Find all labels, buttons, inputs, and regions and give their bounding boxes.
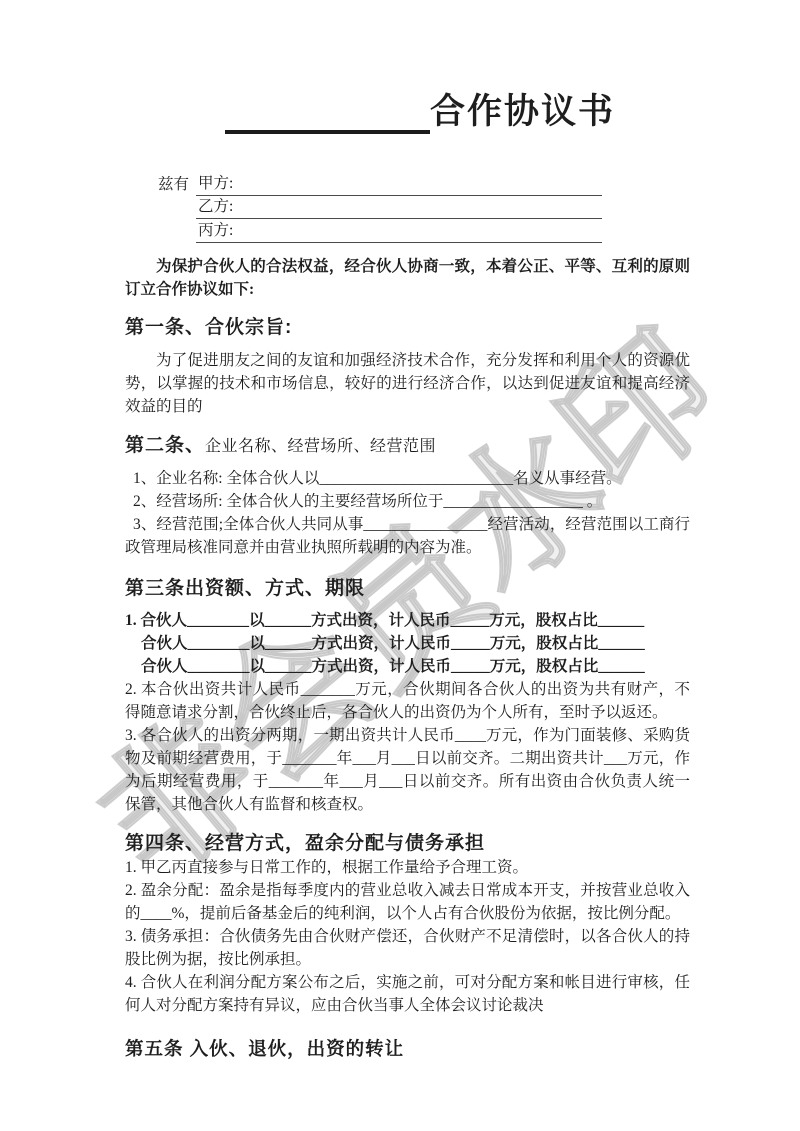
document-title: 合作协议书 (430, 90, 615, 134)
article2-item-1: 1、企业名称: 全体合伙人以_________________________名… (125, 467, 690, 490)
article2-heading: 第二条、企业名称、经营场所、经营范围 (125, 434, 690, 459)
party-row-a: 兹有 甲方: (158, 172, 690, 196)
article1-body: 为了促进朋友之间的友谊和加强经济技术合作，充分发挥和利用个人的资源优势，以掌握的… (125, 349, 690, 418)
article3-item-1: 1. 合伙人________以______方式出资，计人民币_____万元，股权… (125, 609, 690, 678)
article2-items: 1、企业名称: 全体合伙人以_________________________名… (125, 467, 690, 559)
document-content: 合作协议书 兹有 甲方: 乙方: 丙方: 为保护合伙人的合法权益，经合伙人协商一… (0, 0, 800, 1061)
article3-items-rest: 2. 本合伙出资共计人民币_______万元，合伙期间各合伙人的出资为共有财产，… (125, 678, 690, 816)
article4-items: 1. 甲乙丙直接参与日常工作的，根据工作量给予合理工资。 2. 盈余分配：盈余是… (125, 856, 690, 1017)
party-a-fill-line: 甲方: (196, 172, 602, 196)
title-row: 合作协议书 (225, 88, 690, 134)
article4-heading: 第四条、经营方式，盈余分配与债务承担 (125, 832, 690, 856)
article2-item-2: 2、经营场所: 全体合伙人的主要经营场所位于__________________… (125, 490, 690, 513)
article5-heading: 第五条 入伙、退伙，出资的转让 (125, 1037, 690, 1061)
title-blank-line (225, 96, 430, 134)
party-c-fill-line: 丙方: (196, 219, 602, 243)
article3-item-3: 3. 各合伙人的出资分两期，一期出资共计人民币____万元，作为门面装修、采购货… (125, 724, 690, 816)
party-b-fill-line: 乙方: (196, 195, 602, 219)
article2-item-3: 3、经营范围;全体合伙人共同从事________________经营活动，经营范… (125, 513, 690, 559)
article4-item-4: 4. 合伙人在利润分配方案公布之后，实施之前，可对分配方案和帐目进行审核，任何人… (125, 971, 690, 1017)
article4-item-1: 1. 甲乙丙直接参与日常工作的，根据工作量给予合理工资。 (125, 856, 690, 879)
parties-prefix: 兹有 (158, 173, 196, 196)
article4-item-2: 2. 盈余分配：盈余是指每季度内的营业总收入减去日常成本开支，并按营业总收入的_… (125, 879, 690, 925)
article3-item1-line2: 合伙人________以______方式出资，计人民币_____万元，股权占比_… (125, 632, 690, 655)
article3-item-2: 2. 本合伙出资共计人民币_______万元，合伙期间各合伙人的出资为共有财产，… (125, 678, 690, 724)
article2-heading-text: 企业名称、经营场所、经营范围 (205, 438, 436, 455)
article3-item1-line1: 1. 合伙人________以______方式出资，计人民币_____万元，股权… (125, 609, 690, 632)
preamble-paragraph: 为保护合伙人的合法权益，经合伙人协商一致，本着公正、平等、互利的原则订立合作协议… (125, 255, 690, 301)
article1-heading: 第一条、合伙宗旨: (125, 316, 690, 340)
article2-heading-number: 第二条、 (125, 435, 205, 456)
article4-item-3: 3. 债务承担：合伙债务先由合伙财产偿还，合伙财产不足清偿时，以各合伙人的持股比… (125, 925, 690, 971)
party-row-b: 乙方: (158, 196, 690, 220)
party-row-c: 丙方: (158, 219, 690, 243)
document-page: 非会员水印 合作协议书 兹有 甲方: 乙方: 丙方: 为保护合伙人的合法权益，经… (0, 0, 800, 1131)
article3-heading: 第三条出资额、方式、期限 (125, 577, 690, 601)
parties-block: 兹有 甲方: 乙方: 丙方: (158, 172, 690, 243)
article3-item1-line3: 合伙人________以______方式出资，计人民币_____万元，股权占比_… (125, 655, 690, 678)
